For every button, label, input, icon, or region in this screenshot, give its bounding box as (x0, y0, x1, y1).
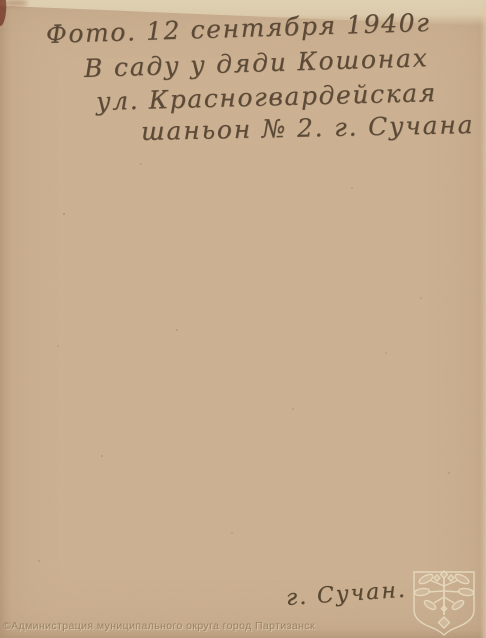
photo-back-card: Фото. 12 сентября 1940г В саду у дяди Ко… (0, 0, 486, 638)
handwritten-line-city: шаньон № 2. г. Сучана (141, 110, 475, 146)
handwritten-line-place: В саду у дяди Кошонах (84, 43, 429, 83)
right-edge-light-strip (480, 0, 486, 638)
handwritten-line-date: Фото. 12 сентября 1940г (46, 8, 431, 49)
handwritten-line-street: ул. Красногвардейская (96, 78, 438, 116)
archive-copyright-watermark: ©Администрация муниципального округа гор… (3, 620, 315, 632)
paper-specks (0, 0, 2, 2)
handwritten-bottom-note: г. Сучан. (285, 578, 407, 611)
top-edge-smudge (2, 0, 28, 6)
coat-of-arms-ginseng-icon (406, 565, 482, 638)
